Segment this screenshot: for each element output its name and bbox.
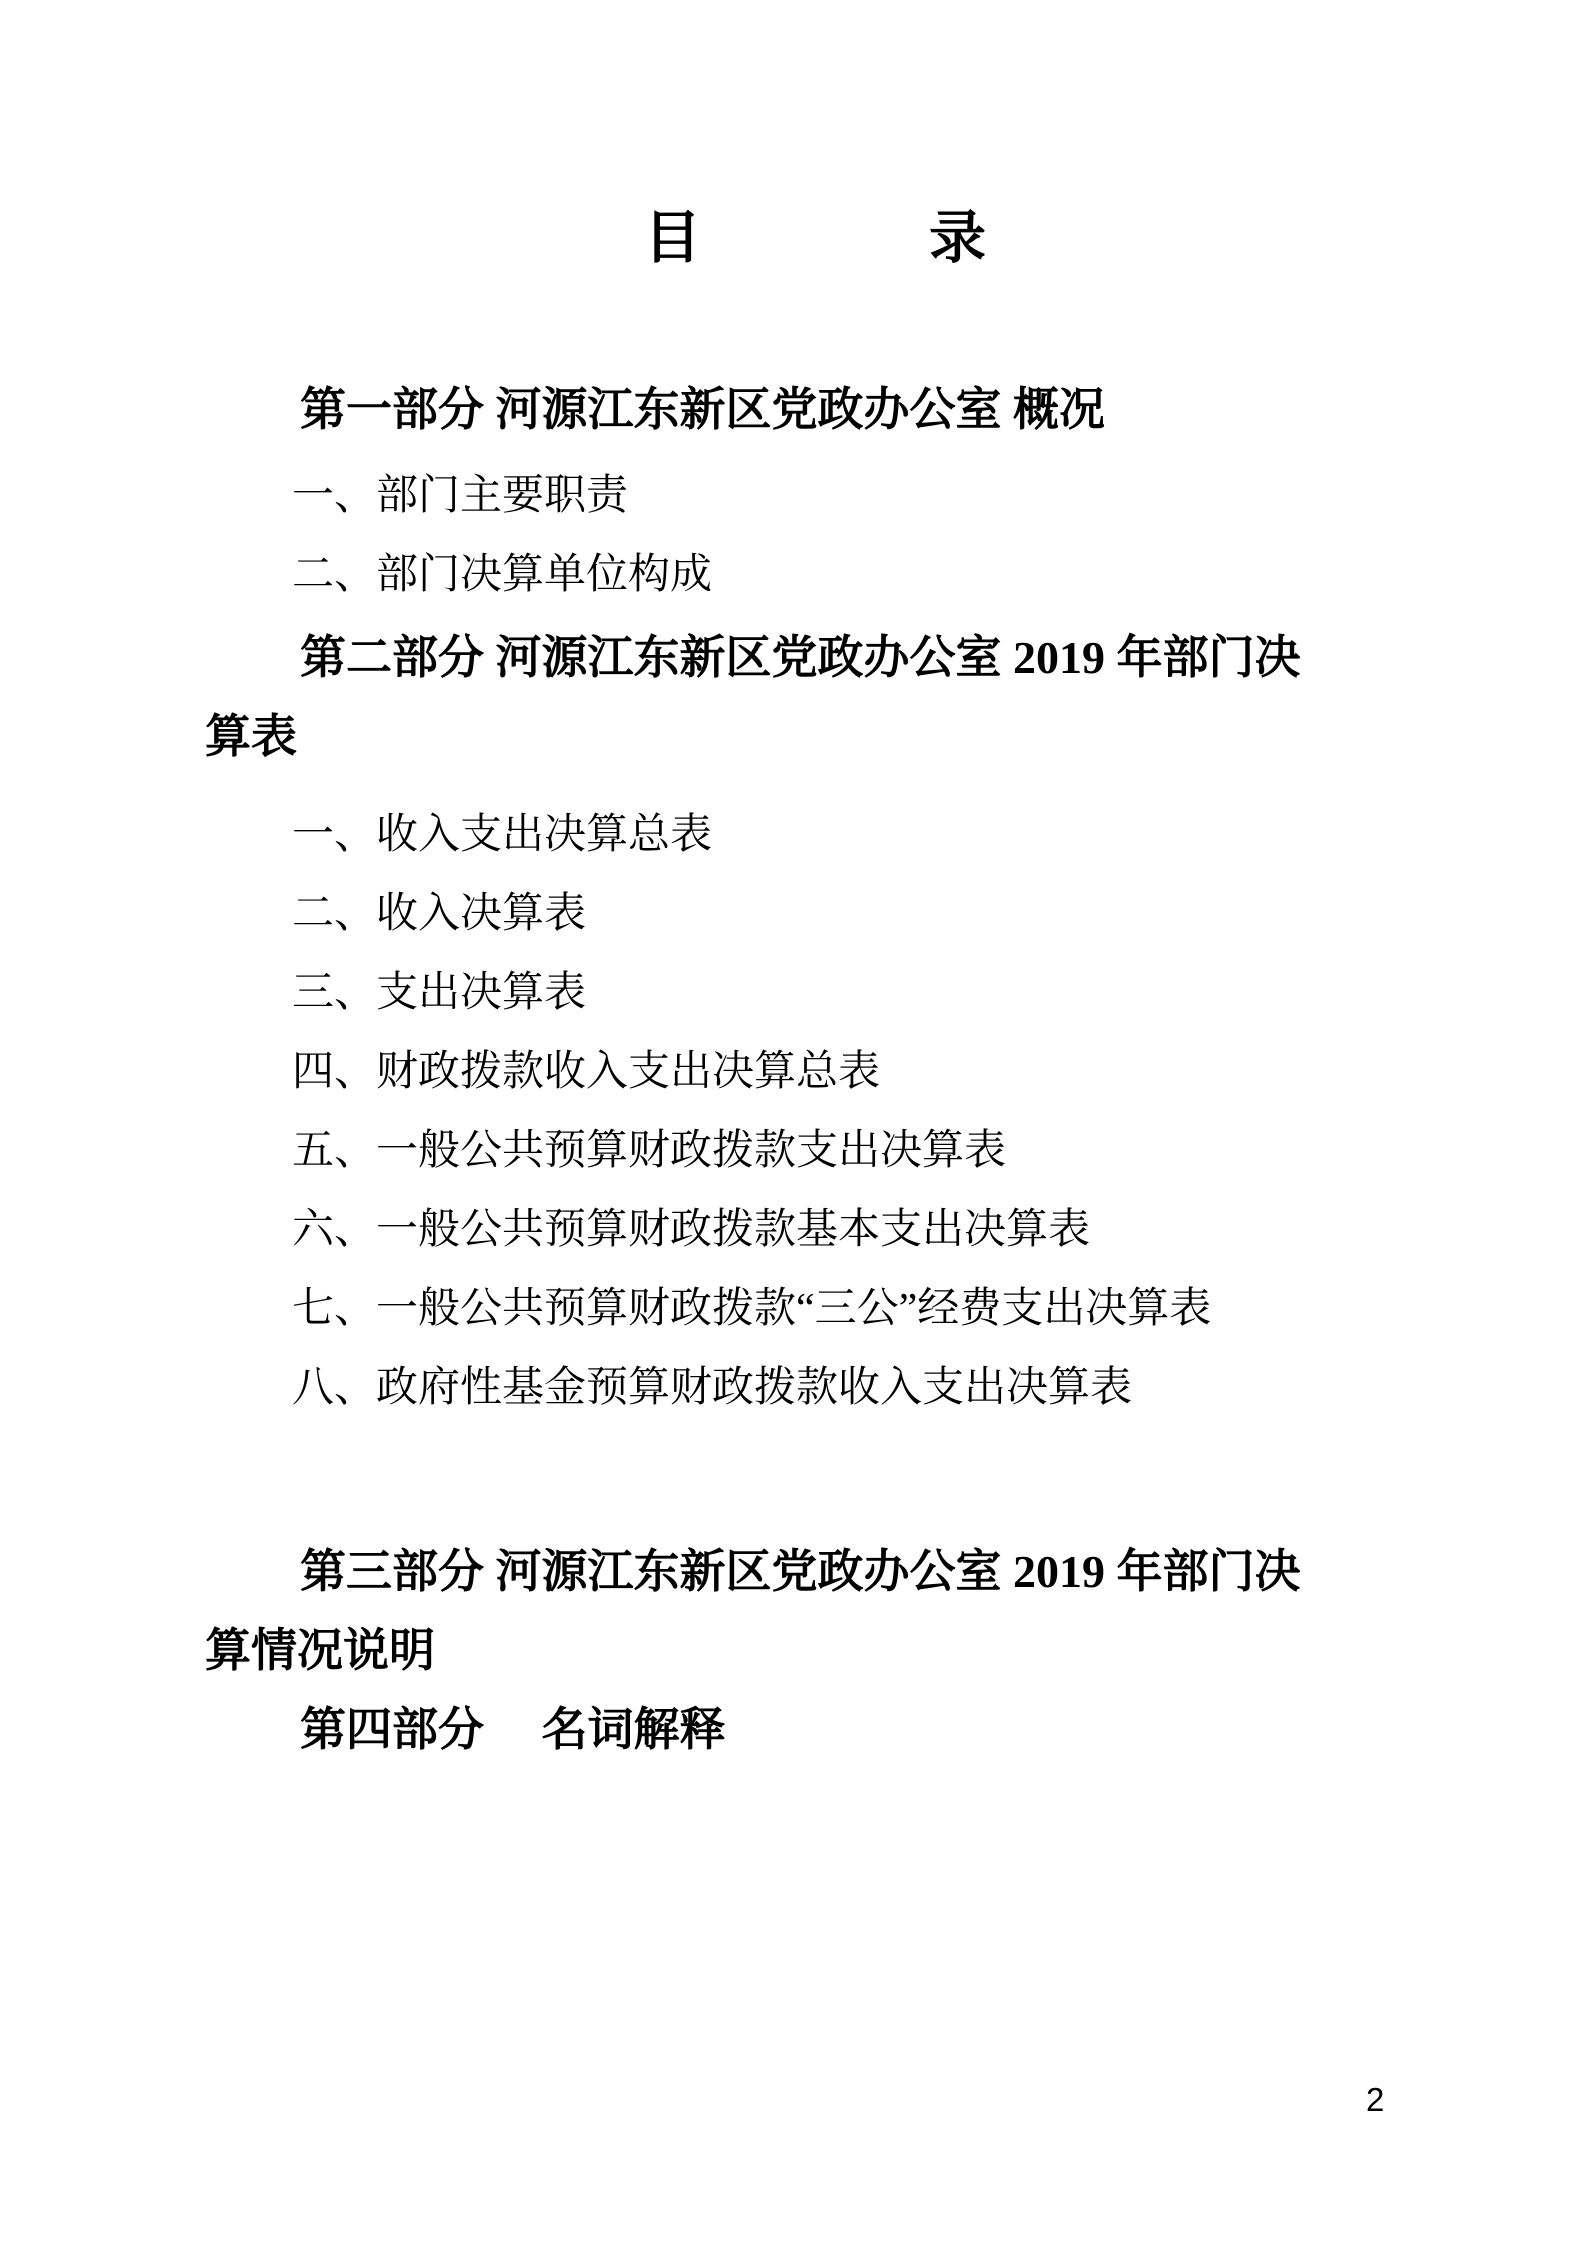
toc-part2-item-4: 四、财政拨款收入支出决算总表 xyxy=(205,1033,1395,1112)
page-number: 2 xyxy=(1366,2080,1384,2120)
toc-part2-item-5: 五、一般公共预算财政拨款支出决算表 xyxy=(205,1112,1395,1191)
toc-part3-heading-line1: 第三部分 河源江东新区党政办公室 2019 年部门决 xyxy=(205,1532,1395,1611)
toc-part1-item-1: 一、部门主要职责 xyxy=(205,457,1395,536)
toc-part2-item-1: 一、收入支出决算总表 xyxy=(205,796,1395,875)
toc-content: 目 录 第一部分 河源江东新区党政办公室 概况 一、部门主要职责 二、部门决算单… xyxy=(205,0,1395,1769)
page-title: 目 录 xyxy=(205,196,1395,281)
toc-part1-heading: 第一部分 河源江东新区党政办公室 概况 xyxy=(205,370,1395,449)
toc-part3-heading-line2: 算情况说明 xyxy=(205,1611,1395,1690)
toc-part2-heading-line1: 第二部分 河源江东新区党政办公室 2019 年部门决 xyxy=(205,618,1395,697)
toc-part2-heading-line2: 算表 xyxy=(205,697,1395,776)
toc-part2-item-6: 六、一般公共预算财政拨款基本支出决算表 xyxy=(205,1191,1395,1270)
toc-part4-heading: 第四部分 名词解释 xyxy=(205,1690,1395,1769)
toc-part2-item-3: 三、支出决算表 xyxy=(205,954,1395,1033)
toc-part2-item-7: 七、一般公共预算财政拨款“三公”经费支出决算表 xyxy=(205,1270,1395,1349)
toc-part2-item-2: 二、收入决算表 xyxy=(205,875,1395,954)
toc-part2-item-8: 八、政府性基金预算财政拨款收入支出决算表 xyxy=(205,1349,1395,1428)
toc-part1-item-2: 二、部门决算单位构成 xyxy=(205,536,1395,615)
document-page: 目 录 第一部分 河源江东新区党政办公室 概况 一、部门主要职责 二、部门决算单… xyxy=(0,0,1587,2245)
